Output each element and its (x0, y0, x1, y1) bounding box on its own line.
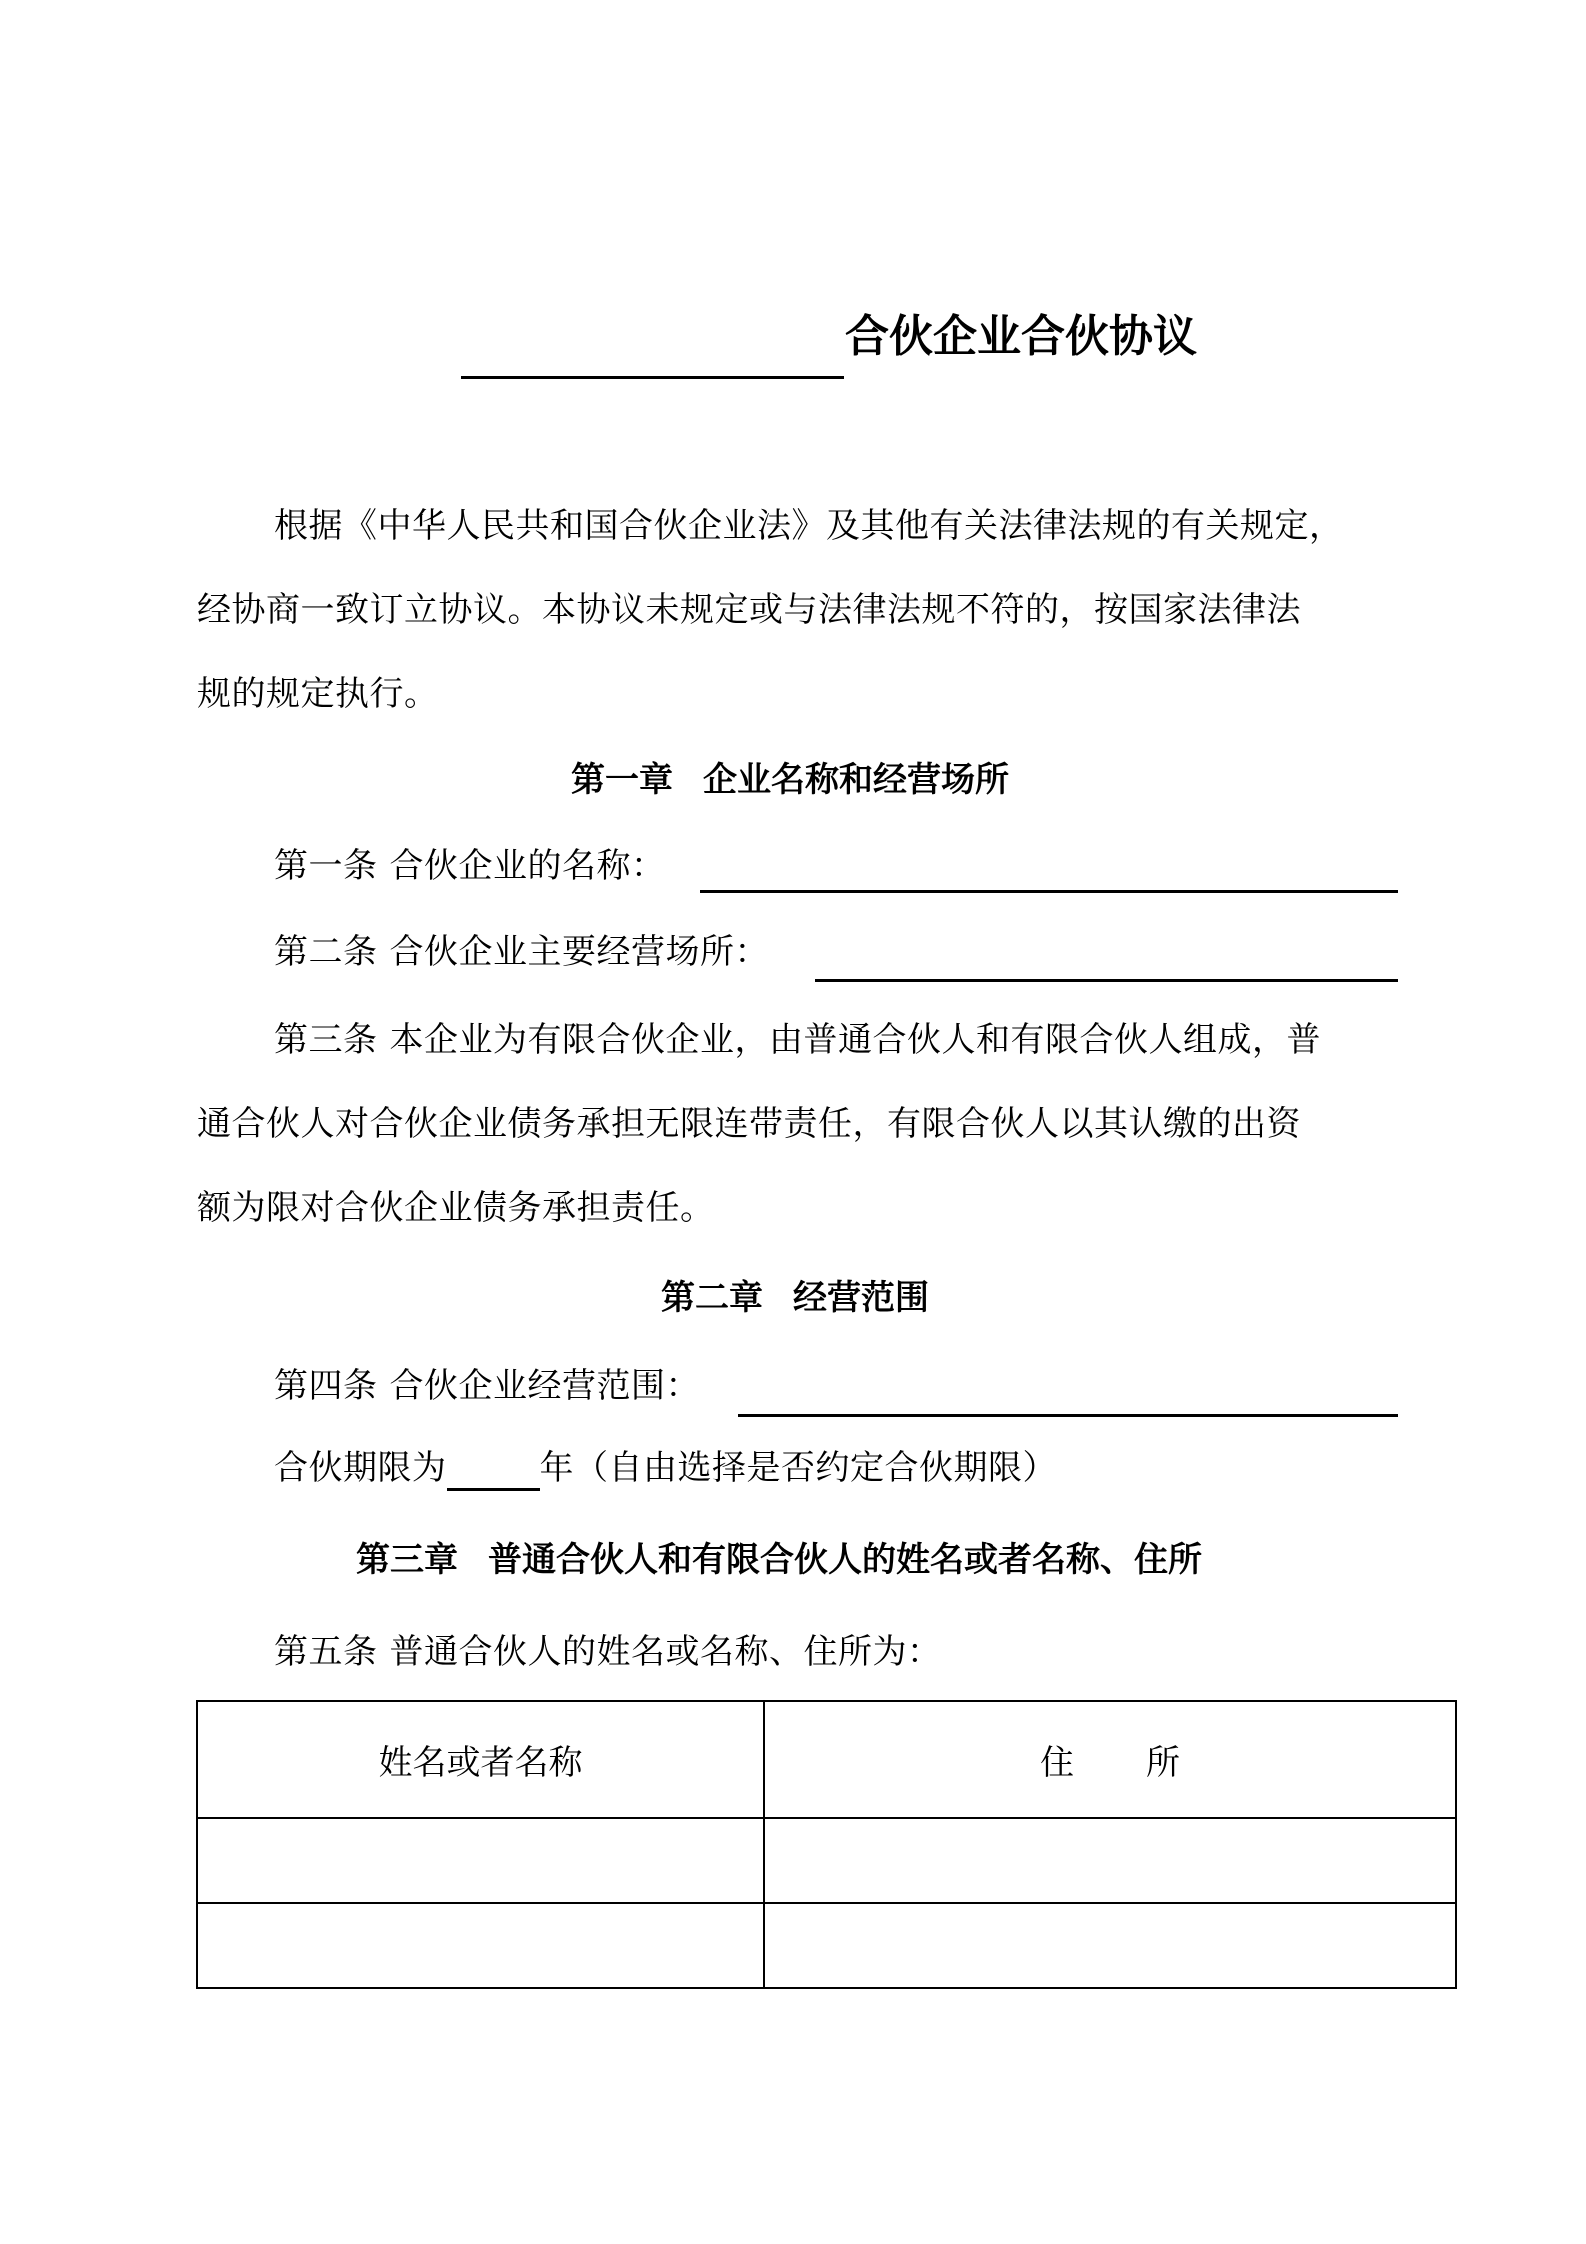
article-4-text: 合伙企业经营范围： (390, 1366, 701, 1406)
article-4: 第四条合伙企业经营范围： (274, 1366, 700, 1406)
chapter-2-title: 经营范围 (793, 1278, 929, 1318)
chapter-1-number: 第一章 (571, 760, 673, 800)
article-4-number: 第四条 (274, 1366, 378, 1406)
article-3-line-1: 第三条本企业为有限合伙企业，由普通合伙人和有限合伙人组成，普 (274, 1020, 1321, 1060)
general-partner-table: 姓名或者名称 住所 (196, 1700, 1457, 1989)
article-2: 第二条合伙企业主要经营场所： (274, 932, 769, 972)
document-title: 合伙企业合伙协议 (845, 312, 1197, 362)
article-5: 第五条普通合伙人的姓名或名称、住所为： (274, 1632, 942, 1672)
header-address: 住所 (764, 1701, 1456, 1818)
business-scope-blank[interactable] (738, 1414, 1398, 1417)
chapter-2-number: 第二章 (661, 1278, 763, 1318)
chapter-2-heading: 第二章经营范围 (661, 1278, 929, 1318)
partner-name-cell[interactable] (197, 1818, 764, 1903)
title-blank-line[interactable] (461, 376, 844, 379)
article-1-text: 合伙企业的名称： (390, 846, 666, 886)
company-name-blank[interactable] (700, 890, 1398, 893)
chapter-3-number: 第三章 (356, 1540, 458, 1580)
article-2-number: 第二条 (274, 932, 378, 972)
chapter-1-title: 企业名称和经营场所 (703, 760, 1009, 800)
chapter-3-heading: 第三章普通合伙人和有限合伙人的姓名或者名称、住所 (356, 1540, 1202, 1580)
term-prefix: 合伙期限为 (274, 1448, 447, 1488)
article-5-text: 普通合伙人的姓名或名称、住所为： (390, 1632, 942, 1672)
article-2-text: 合伙企业主要经营场所： (390, 932, 770, 972)
article-3-line-3: 额为限对合伙企业债务承担责任。 (197, 1188, 715, 1228)
article-3-line-2: 通合伙人对合伙企业债务承担无限连带责任，有限合伙人以其认缴的出资 (197, 1104, 1301, 1144)
partner-name-cell[interactable] (197, 1903, 764, 1988)
preamble-line-3: 规的规定执行。 (197, 674, 439, 714)
article-3-text-1: 本企业为有限合伙企业，由普通合伙人和有限合伙人组成，普 (390, 1020, 1322, 1060)
preamble-line-2: 经协商一致订立协议。本协议未规定或与法律法规不符的，按国家法律法 (197, 590, 1301, 630)
partner-address-cell[interactable] (764, 1818, 1456, 1903)
article-3-number: 第三条 (274, 1020, 378, 1060)
chapter-3-title: 普通合伙人和有限合伙人的姓名或者名称、住所 (488, 1540, 1202, 1580)
business-location-blank[interactable] (815, 979, 1398, 982)
table-header-row: 姓名或者名称 住所 (197, 1701, 1456, 1818)
preamble-line-1: 根据《中华人民共和国合伙企业法》及其他有关法律法规的有关规定， (274, 506, 1344, 546)
partnership-term: 合伙期限为年（自由选择是否约定合伙期限） (274, 1448, 1057, 1491)
term-suffix: 年（自由选择是否约定合伙期限） (540, 1448, 1058, 1488)
chapter-1-heading: 第一章企业名称和经营场所 (571, 760, 1009, 800)
article-5-number: 第五条 (274, 1632, 378, 1672)
partner-address-cell[interactable] (764, 1903, 1456, 1988)
header-name: 姓名或者名称 (197, 1701, 764, 1818)
article-1: 第一条合伙企业的名称： (274, 846, 666, 886)
term-years-blank[interactable] (447, 1448, 540, 1491)
article-1-number: 第一条 (274, 846, 378, 886)
table-row (197, 1818, 1456, 1903)
table-row (197, 1903, 1456, 1988)
